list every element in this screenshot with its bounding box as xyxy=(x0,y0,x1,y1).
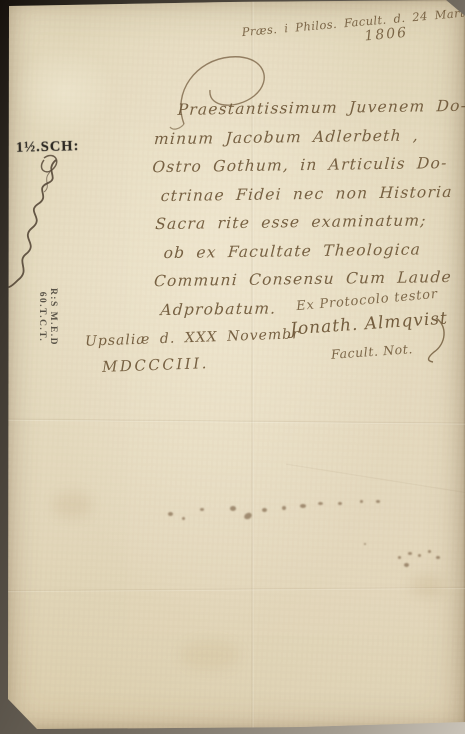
photo-stage: Præs. i Philos. Facult. d. 24 Martii 180… xyxy=(0,0,465,734)
control-stamp-line-2: 60.T.C.T. xyxy=(36,282,47,352)
ink-smudge xyxy=(428,550,431,553)
year-roman-numeral: MDCCCIII. xyxy=(102,354,209,376)
embossed-watermark xyxy=(12,46,116,138)
age-spot xyxy=(410,575,444,597)
ink-smudge xyxy=(360,500,363,503)
horizontal-fold-crease-lower xyxy=(0,586,465,592)
ink-smudge xyxy=(418,554,421,557)
ink-smudge xyxy=(338,502,342,505)
diagonal-crease xyxy=(286,463,465,495)
ink-smudge xyxy=(230,506,236,511)
control-ink-stamp: R:S M.E.D 60.T.C.T. xyxy=(28,282,58,352)
ink-smudge xyxy=(282,506,286,510)
letter-line: minum Jacobum Adlerbeth , xyxy=(153,120,465,153)
place-date-line: Upsaliæ d. XXX Novembr xyxy=(85,326,300,349)
ink-smudge xyxy=(200,508,204,511)
control-stamp-line-1: R:S M.E.D xyxy=(47,282,58,352)
letter-line: Praestantissimum Juvenem Do- xyxy=(177,92,465,125)
letter-line: Sacra rite esse examinatum; xyxy=(154,206,465,239)
top-right-annotation: Præs. i Philos. Facult. d. 24 Martii 180… xyxy=(241,5,465,55)
ink-smudge xyxy=(376,500,380,503)
ink-smudge xyxy=(404,563,409,567)
age-spot xyxy=(180,640,240,670)
notary-title: Facult. Not. xyxy=(331,341,414,362)
ink-smudge xyxy=(168,512,173,516)
horizontal-fold-crease-upper xyxy=(0,418,465,425)
ink-smudge xyxy=(300,504,306,508)
age-spot xyxy=(52,492,92,518)
document-paper: Præs. i Philos. Facult. d. 24 Martii 180… xyxy=(0,0,465,734)
ink-smudge xyxy=(318,502,323,505)
ink-smudge xyxy=(364,543,366,545)
ink-smudge xyxy=(243,511,253,520)
ink-smudge xyxy=(182,517,185,520)
margin-flourish-signature xyxy=(4,150,66,292)
revenue-tax-stamp: 1½.SCH: xyxy=(16,138,80,157)
letter-line: ctrinae Fidei nec non Historia xyxy=(160,177,465,210)
letter-line: Ostro Gothum, in Articulis Do- xyxy=(152,149,465,182)
ink-smudge xyxy=(398,556,401,559)
ink-smudge xyxy=(408,552,412,555)
ink-smudge xyxy=(436,556,440,559)
letter-line: ob ex Facultate Theologica xyxy=(163,234,465,267)
ink-smudge xyxy=(262,508,267,512)
